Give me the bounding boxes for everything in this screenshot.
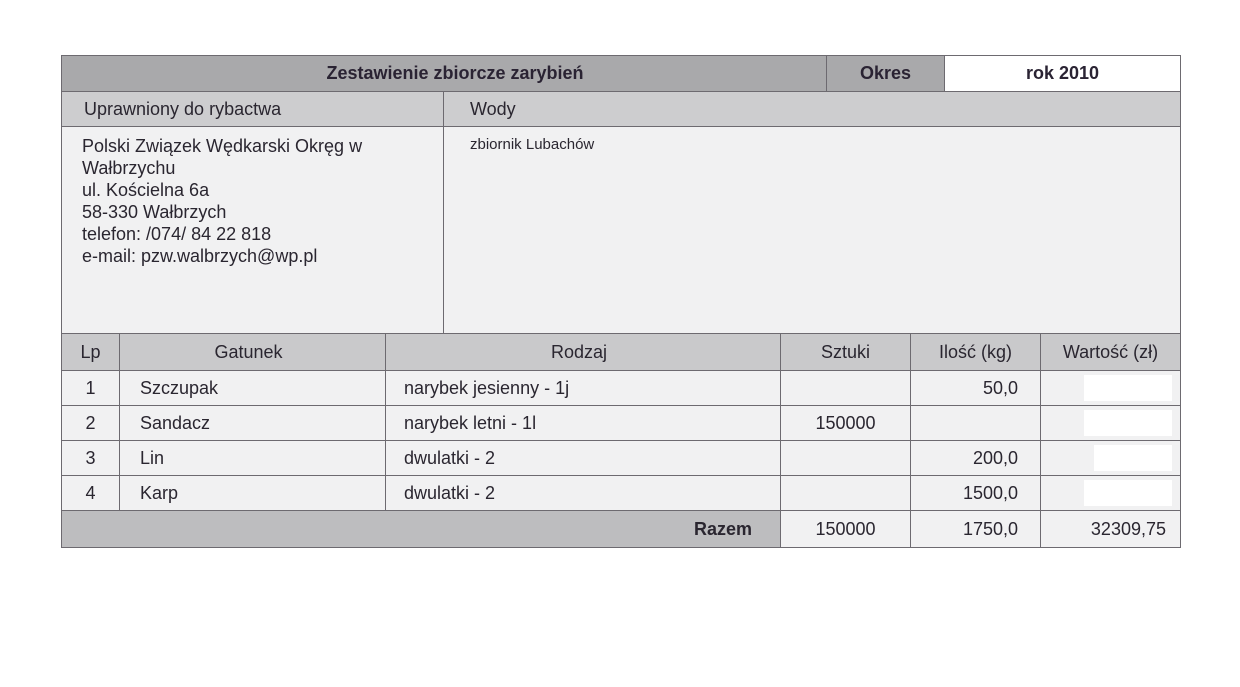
column-header-gatunek: Gatunek xyxy=(120,334,386,370)
entitled-email: e-mail: pzw.walbrzych@wp.pl xyxy=(82,245,362,267)
cell-rodzaj: narybek jesienny - 1j xyxy=(386,371,781,405)
table-row: 1 Szczupak narybek jesienny - 1j 50,0 xyxy=(62,371,1180,406)
cell-gatunek: Karp xyxy=(120,476,386,510)
total-sztuki: 150000 xyxy=(781,511,911,547)
redacted-value xyxy=(1094,445,1172,471)
column-header-lp: Lp xyxy=(62,334,120,370)
table-row: 4 Karp dwulatki - 2 1500,0 xyxy=(62,476,1180,511)
table-row: 2 Sandacz narybek letni - 1l 150000 xyxy=(62,406,1180,441)
entitled-details: Polski Związek Wędkarski Okręg w Wałbrzy… xyxy=(62,127,444,333)
column-header-ilosc: Ilość (kg) xyxy=(911,334,1041,370)
entitled-name-line1: Polski Związek Wędkarski Okręg w xyxy=(82,135,362,157)
section-header-row: Uprawniony do rybactwa Wody xyxy=(62,92,1180,127)
cell-lp: 2 xyxy=(62,406,120,440)
cell-wartosc xyxy=(1041,406,1180,440)
totals-label: Razem xyxy=(62,511,781,547)
redacted-value xyxy=(1084,410,1172,436)
cell-wartosc xyxy=(1041,476,1180,510)
cell-lp: 1 xyxy=(62,371,120,405)
column-header-wartosc: Wartość (zł) xyxy=(1041,334,1180,370)
cell-ilosc: 200,0 xyxy=(911,441,1041,475)
cell-sztuki: 150000 xyxy=(781,406,911,440)
cell-gatunek: Sandacz xyxy=(120,406,386,440)
redacted-value xyxy=(1084,480,1172,506)
entitled-city: 58-330 Wałbrzych xyxy=(82,201,362,223)
cell-sztuki xyxy=(781,441,911,475)
cell-rodzaj: dwulatki - 2 xyxy=(386,441,781,475)
form-title: Zestawienie zbiorcze zarybień xyxy=(62,56,827,91)
total-ilosc: 1750,0 xyxy=(911,511,1041,547)
cell-gatunek: Lin xyxy=(120,441,386,475)
total-wartosc: 32309,75 xyxy=(1041,511,1180,547)
cell-rodzaj: dwulatki - 2 xyxy=(386,476,781,510)
table-row: 3 Lin dwulatki - 2 200,0 xyxy=(62,441,1180,476)
cell-lp: 4 xyxy=(62,476,120,510)
cell-wartosc xyxy=(1041,441,1180,475)
cell-ilosc xyxy=(911,406,1041,440)
cell-sztuki xyxy=(781,476,911,510)
entitled-phone: telefon: /074/ 84 22 818 xyxy=(82,223,362,245)
redacted-value xyxy=(1084,375,1172,401)
period-label: Okres xyxy=(827,56,945,91)
totals-row: Razem 150000 1750,0 32309,75 xyxy=(62,511,1180,547)
stocking-summary-form: Zestawienie zbiorcze zarybień Okres rok … xyxy=(61,55,1181,548)
cell-gatunek: Szczupak xyxy=(120,371,386,405)
entitled-street: ul. Kościelna 6a xyxy=(82,179,362,201)
cell-sztuki xyxy=(781,371,911,405)
title-row: Zestawienie zbiorcze zarybień Okres rok … xyxy=(62,56,1180,92)
column-header-rodzaj: Rodzaj xyxy=(386,334,781,370)
cell-wartosc xyxy=(1041,371,1180,405)
cell-rodzaj: narybek letni - 1l xyxy=(386,406,781,440)
entitled-name-line2: Wałbrzychu xyxy=(82,157,362,179)
cell-ilosc: 50,0 xyxy=(911,371,1041,405)
period-value: rok 2010 xyxy=(945,56,1180,91)
cell-ilosc: 1500,0 xyxy=(911,476,1041,510)
info-row: Polski Związek Wędkarski Okręg w Wałbrzy… xyxy=(62,127,1180,334)
cell-lp: 3 xyxy=(62,441,120,475)
table-header-row: Lp Gatunek Rodzaj Sztuki Ilość (kg) Wart… xyxy=(62,334,1180,371)
column-header-sztuki: Sztuki xyxy=(781,334,911,370)
waters-value: zbiornik Lubachów xyxy=(444,127,1180,333)
entitled-section-label: Uprawniony do rybactwa xyxy=(62,92,444,126)
waters-section-label: Wody xyxy=(444,92,1180,126)
